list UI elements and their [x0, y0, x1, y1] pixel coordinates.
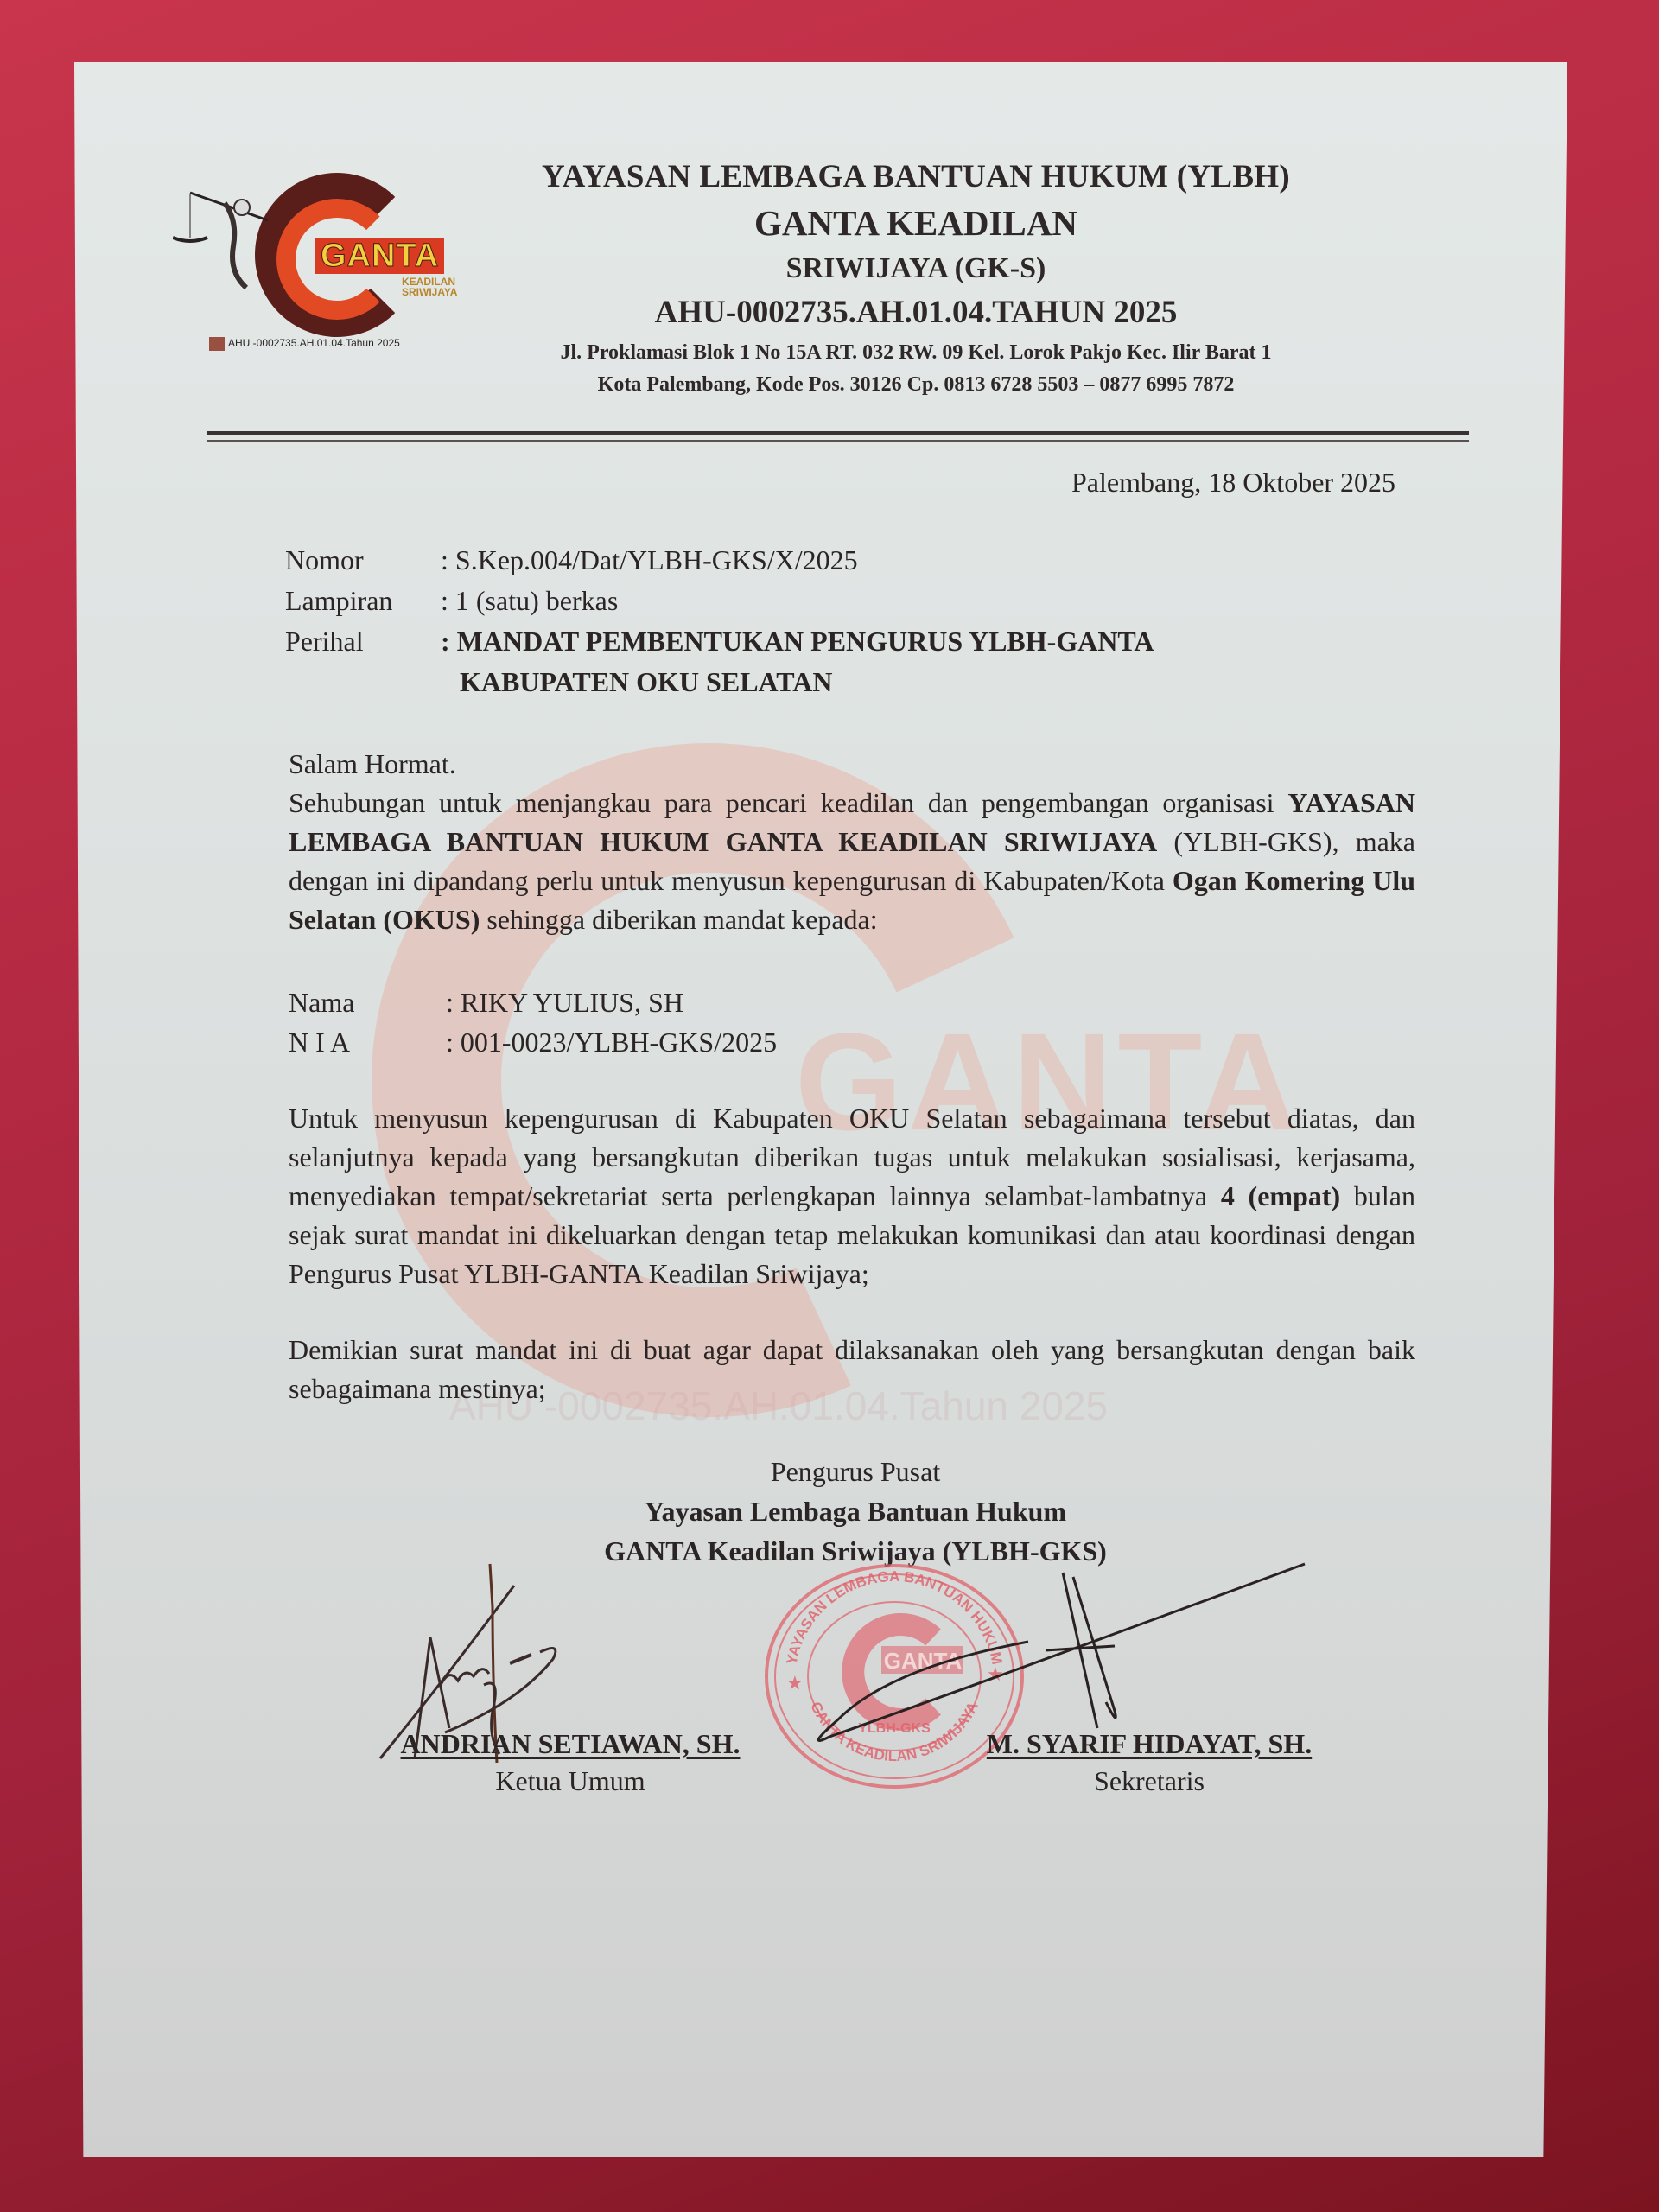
p2-deadline: 4 (empat)	[1221, 1180, 1340, 1211]
recipient-nia-value: : 001-0023/YLBH-GKS/2025	[446, 1022, 777, 1062]
closing-line1: Pengurus Pusat	[536, 1452, 1175, 1491]
signer-chairman: ANDRIAN SETIAWAN, SH. Ketua Umum	[380, 1728, 760, 1797]
scales-of-justice-icon	[173, 186, 276, 289]
greeting: Salam Hormat.	[289, 745, 1415, 784]
recipient-name-row: Nama : RIKY YULIUS, SH	[289, 982, 777, 1022]
meta-lampiran-value: : 1 (satu) berkas	[441, 581, 618, 621]
paragraph-intro: Sehubungan untuk menjangkau para pencari…	[289, 784, 1415, 939]
organization-logo: GANTA KEADILAN SRIWIJAYA AHU -0002735.AH…	[173, 164, 467, 354]
letterhead-divider-thick	[207, 431, 1469, 435]
meta-perihal: Perihal : MANDAT PEMBENTUKAN PENGURUS YL…	[285, 621, 1154, 662]
letterhead-line3: SRIWIJAYA (GK-S)	[467, 247, 1365, 290]
letterhead-address1: Jl. Proklamasi Blok 1 No 15A RT. 032 RW.…	[467, 337, 1365, 369]
letterhead: YAYASAN LEMBAGA BANTUAN HUKUM (YLBH) GAN…	[467, 156, 1365, 401]
meta-nomor-label: Nomor	[285, 540, 441, 581]
letterhead-line1: YAYASAN LEMBAGA BANTUAN HUKUM (YLBH)	[467, 156, 1365, 199]
signer-role: Ketua Umum	[380, 1765, 760, 1797]
letter-meta: Nomor : S.Kep.004/Dat/YLBH-GKS/X/2025 La…	[285, 540, 1154, 702]
p1-text-1: Sehubungan untuk menjangkau para pencari…	[289, 787, 1287, 818]
logo-sub-line2: SRIWIJAYA	[402, 287, 457, 297]
closing-block: Pengurus Pusat Yayasan Lembaga Bantuan H…	[536, 1452, 1175, 1571]
qr-code-icon	[209, 337, 225, 351]
meta-perihal-label: Perihal	[285, 621, 441, 662]
logo-registration: AHU -0002735.AH.01.04.Tahun 2025	[209, 337, 400, 351]
logo-wordmark: GANTA	[315, 238, 444, 274]
paragraph-closing: Demikian surat mandat ini di buat agar d…	[289, 1331, 1415, 1408]
p1-text-3: sehingga diberikan mandat kepada:	[480, 904, 877, 935]
logo-subtitle: KEADILAN SRIWIJAYA	[402, 276, 457, 297]
meta-nomor-value: : S.Kep.004/Dat/YLBH-GKS/X/2025	[441, 540, 858, 581]
recipient-nia-label: N I A	[289, 1022, 446, 1062]
meta-lampiran: Lampiran : 1 (satu) berkas	[285, 581, 1154, 621]
meta-lampiran-label: Lampiran	[285, 581, 441, 621]
meta-perihal-value: : MANDAT PEMBENTUKAN PENGURUS YLBH-GANTA	[441, 621, 1154, 662]
logo-registration-text: AHU -0002735.AH.01.04.Tahun 2025	[228, 337, 400, 349]
recipient-nia-row: N I A : 001-0023/YLBH-GKS/2025	[289, 1022, 777, 1062]
letterhead-divider-thin	[207, 440, 1469, 442]
letterhead-line2: GANTA KEADILAN	[467, 199, 1365, 247]
meta-nomor: Nomor : S.Kep.004/Dat/YLBH-GKS/X/2025	[285, 540, 1154, 581]
recipient-name-value: : RIKY YULIUS, SH	[446, 982, 683, 1022]
recipient-name-label: Nama	[289, 982, 446, 1022]
paragraph-tasks: Untuk menyusun kepengurusan di Kabupaten…	[289, 1099, 1415, 1294]
meta-perihal-value-line2: KABUPATEN OKU SELATAN	[285, 662, 1154, 702]
signer-secretary: M. SYARIF HIDAYAT, SH. Sekretaris	[950, 1728, 1348, 1797]
signer-name: ANDRIAN SETIAWAN, SH.	[380, 1728, 760, 1760]
mandate-recipient: Nama : RIKY YULIUS, SH N I A : 001-0023/…	[289, 982, 777, 1062]
signer-role: Sekretaris	[950, 1765, 1348, 1797]
letter-date: Palembang, 18 Oktober 2025	[1071, 467, 1395, 499]
signer-name: M. SYARIF HIDAYAT, SH.	[950, 1728, 1348, 1760]
closing-line2: Yayasan Lembaga Bantuan Hukum	[536, 1491, 1175, 1531]
letterhead-registration: AHU-0002735.AH.01.04.TAHUN 2025	[467, 290, 1365, 335]
letterhead-address2: Kota Palembang, Kode Pos. 30126 Cp. 0813…	[467, 369, 1365, 401]
